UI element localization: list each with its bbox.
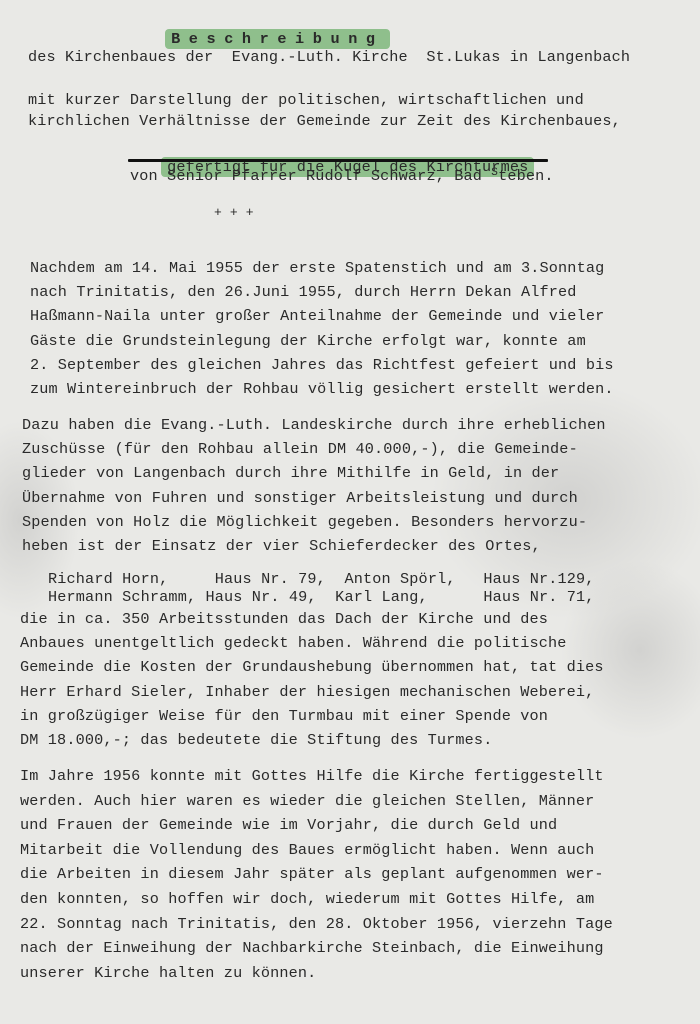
paragraph-line: DM 18.000,-; das bedeutete die Stiftung … xyxy=(20,731,492,749)
paragraph-line: nach der Einweihung der Nachbarkirche St… xyxy=(20,939,604,957)
author-text-end: teben. xyxy=(498,167,554,185)
underline xyxy=(128,159,548,162)
paragraph-line: glieder von Langenbach durch ihre Mithil… xyxy=(22,464,559,482)
paragraph-line: Mitarbeit die Vollendung des Baues ermög… xyxy=(20,841,594,859)
paragraph-line: Gäste die Grundsteinlegung der Kirche er… xyxy=(30,332,586,350)
paragraph-line: nach Trinitatis, den 26.Juni 1955, durch… xyxy=(30,283,577,301)
paragraph-line: Gemeinde die Kosten der Grundaushebung ü… xyxy=(20,658,604,676)
paragraph-line: Zuschüsse (für den Rohbau allein DM 40.0… xyxy=(22,440,578,458)
document-page: Beschreibung des Kirchenbaues der Evang.… xyxy=(0,0,700,1024)
paragraph-line: Anbaues unentgeltlich gedeckt haben. Wäh… xyxy=(20,634,567,652)
paragraph-line: werden. Auch hier waren es wieder die gl… xyxy=(20,792,594,810)
subtitle-line-1: des Kirchenbaues der Evang.-Luth. Kirche… xyxy=(28,48,630,66)
paragraph-line: die Arbeiten in diesem Jahr später als g… xyxy=(20,865,604,883)
highlighted-title: Beschreibung xyxy=(165,29,390,49)
paragraph-line: Nachdem am 14. Mai 1955 der erste Spaten… xyxy=(30,259,604,277)
paragraph-line: Dazu haben die Evang.-Luth. Landeskirche… xyxy=(22,416,606,434)
roofer-entry: Richard Horn, Haus Nr. 79, Anton Spörl, … xyxy=(48,570,595,588)
paragraph-line: unserer Kirche halten zu können. xyxy=(20,964,316,982)
roofer-entry: Hermann Schramm, Haus Nr. 49, Karl Lang,… xyxy=(48,588,595,606)
paragraph-line: und Frauen der Gemeinde wie im Vorjahr, … xyxy=(20,816,557,834)
paragraph-line: den konnten, so hoffen wir doch, wiederu… xyxy=(20,890,594,908)
author-line: von Senior Pfarrer Rudolf Schwarz, Bad S… xyxy=(130,164,554,185)
paragraph-line: Im Jahre 1956 konnte mit Gottes Hilfe di… xyxy=(20,767,604,785)
paragraph-line: Haßmann-Naila unter großer Anteilnahme d… xyxy=(30,307,604,325)
author-text: von Senior Pfarrer Rudolf Schwarz, Bad xyxy=(130,167,491,185)
paragraph-line: 2. September des gleichen Jahres das Ric… xyxy=(30,356,614,374)
paragraph-line: Spenden von Holz die Möglichkeit gegeben… xyxy=(22,513,587,531)
paragraph-line: Herr Erhard Sieler, Inhaber der hiesigen… xyxy=(20,683,594,701)
paragraph-line: zum Wintereinbruch der Rohbau völlig ges… xyxy=(30,380,614,398)
subtitle-line-2: mit kurzer Darstellung der politischen, … xyxy=(28,91,584,109)
paragraph-line: in großzügiger Weise für den Turmbau mit… xyxy=(20,707,548,725)
paragraph-line: die in ca. 350 Arbeitsstunden das Dach d… xyxy=(20,610,548,628)
paragraph-line: Übernahme von Fuhren und sonstiger Arbei… xyxy=(22,489,578,507)
paragraph-line: heben ist der Einsatz der vier Schieferd… xyxy=(22,537,541,555)
separator: + + + xyxy=(214,204,254,222)
paragraph-line: 22. Sonntag nach Trinitatis, den 28. Okt… xyxy=(20,915,613,933)
subtitle-line-3: kirchlichen Verhältnisse der Gemeinde zu… xyxy=(28,112,621,130)
